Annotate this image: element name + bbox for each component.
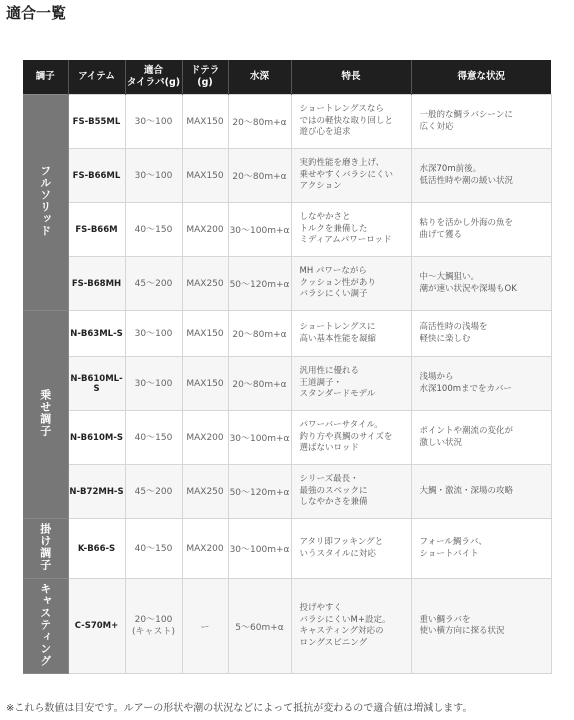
item-cell: C-S70M+ <box>68 579 125 674</box>
dotera-cell: MAX200 <box>182 203 228 257</box>
depth-cell: 20〜80m+α <box>228 357 291 411</box>
table-row: 掛け調子 K-B66-S 40〜150 MAX200 30〜100m+α アタリ… <box>23 519 551 579</box>
feature-cell: ショートレングスに 高い基本性能を凝縮 <box>291 311 411 357</box>
depth-cell: 20〜80m+α <box>228 149 291 203</box>
situation-cell: フォール鯛ラバ、 ショートバイト <box>411 519 551 579</box>
page-title: 適合一覧 <box>6 2 66 23</box>
jig-cell: 40〜150 <box>125 411 182 465</box>
feature-cell: MH パワーながら クッション性があり バラシにくい調子 <box>291 257 411 311</box>
table-row: 乗せ調子 N-B63ML-S 30〜100 MAX150 20〜80m+α ショ… <box>23 311 551 357</box>
header-depth: 水深 <box>228 60 291 95</box>
item-cell: N-B72MH-S <box>68 465 125 519</box>
header-jig-weight: 適合 タイラバ(g) <box>125 60 182 95</box>
depth-cell: 5〜60m+α <box>228 579 291 674</box>
item-cell: N-B610M-S <box>68 411 125 465</box>
table-row: N-B72MH-S 45〜200 MAX250 50〜120m+α シリーズ最長… <box>23 465 551 519</box>
dotera-cell: MAX250 <box>182 257 228 311</box>
item-cell: FS-B66M <box>68 203 125 257</box>
footnote: ※これら数値は目安です。ルアーの形状や潮の状況などによって抵抗が変わるので適合値… <box>6 699 472 714</box>
table-row: N-B610ML-S 30〜100 MAX150 20〜80m+α 汎用性に優れ… <box>23 357 551 411</box>
situation-cell: 粘りを活かし外海の魚を 曲げて獲る <box>411 203 551 257</box>
header-action: 調子 <box>23 60 68 95</box>
dotera-cell: ー <box>182 579 228 674</box>
depth-cell: 30〜100m+α <box>228 519 291 579</box>
item-cell: N-B610ML-S <box>68 357 125 411</box>
jig-cell: 30〜100 <box>125 311 182 357</box>
situation-cell: 水深70m前後。 低活性時や潮の緩い状況 <box>411 149 551 203</box>
dotera-cell: MAX200 <box>182 519 228 579</box>
jig-cell: 30〜100 <box>125 357 182 411</box>
situation-cell: 浅場から 水深100mまでをカバー <box>411 357 551 411</box>
depth-cell: 30〜100m+α <box>228 411 291 465</box>
feature-cell: ショートレングスなら ではの軽快な取り回しと 遊び心を追求 <box>291 95 411 149</box>
table-row: キャスティング C-S70M+ 20〜100 (キャスト) ー 5〜60m+α … <box>23 579 551 674</box>
dotera-cell: MAX250 <box>182 465 228 519</box>
category-kake: 掛け調子 <box>23 519 68 579</box>
jig-cell: 30〜100 <box>125 149 182 203</box>
compatibility-table: 調子 アイテム 適合 タイラバ(g) ドテラ (g) 水深 特長 得意な状況 フ… <box>23 60 552 674</box>
situation-cell: 一般的な鯛ラバシーンに 広く対応 <box>411 95 551 149</box>
depth-cell: 20〜80m+α <box>228 311 291 357</box>
item-cell: N-B63ML-S <box>68 311 125 357</box>
situation-cell: 重い鯛ラバを 使い横方向に探る状況 <box>411 579 551 674</box>
depth-cell: 20〜80m+α <box>228 95 291 149</box>
depth-cell: 30〜100m+α <box>228 203 291 257</box>
table-row: FS-B66M 40〜150 MAX200 30〜100m+α しなやかさと ト… <box>23 203 551 257</box>
depth-cell: 50〜120m+α <box>228 257 291 311</box>
feature-cell: 汎用性に優れる 王道調子・ スタンダードモデル <box>291 357 411 411</box>
header-feature: 特長 <box>291 60 411 95</box>
category-full-solid: フルソリッド <box>23 95 68 311</box>
feature-cell: パワーバーサタイル。 釣り方や真鯛のサイズを 選ばないロッド <box>291 411 411 465</box>
situation-cell: 大鯛・激流・深場の攻略 <box>411 465 551 519</box>
table-row: FS-B66ML 30〜100 MAX150 20〜80m+α 実釣性能を磨き上… <box>23 149 551 203</box>
jig-cell: 45〜200 <box>125 465 182 519</box>
dotera-cell: MAX150 <box>182 95 228 149</box>
jig-cell: 40〜150 <box>125 519 182 579</box>
situation-cell: ポイントや潮流の変化が 激しい状況 <box>411 411 551 465</box>
item-cell: FS-B55ML <box>68 95 125 149</box>
table-header-row: 調子 アイテム 適合 タイラバ(g) ドテラ (g) 水深 特長 得意な状況 <box>23 60 551 95</box>
table-row: フルソリッド FS-B55ML 30〜100 MAX150 20〜80m+α シ… <box>23 95 551 149</box>
item-cell: FS-B66ML <box>68 149 125 203</box>
dotera-cell: MAX200 <box>182 411 228 465</box>
feature-cell: しなやかさと トルクを兼備した ミディアムパワーロッド <box>291 203 411 257</box>
situation-cell: 高活性時の浅場を 軽快に楽しむ <box>411 311 551 357</box>
jig-cell: 40〜150 <box>125 203 182 257</box>
item-cell: FS-B68MH <box>68 257 125 311</box>
feature-cell: 投げやすく バラシにくいM+設定。 キャスティング対応の ロングスピニング <box>291 579 411 674</box>
header-dotera: ドテラ (g) <box>182 60 228 95</box>
category-casting: キャスティング <box>23 579 68 674</box>
jig-cell: 30〜100 <box>125 95 182 149</box>
feature-cell: 実釣性能を磨き上げ、 乗せやすくバラシにくい アクション <box>291 149 411 203</box>
item-cell: K-B66-S <box>68 519 125 579</box>
dotera-cell: MAX150 <box>182 311 228 357</box>
depth-cell: 50〜120m+α <box>228 465 291 519</box>
table-row: FS-B68MH 45〜200 MAX250 50〜120m+α MH パワーな… <box>23 257 551 311</box>
header-situation: 得意な状況 <box>411 60 551 95</box>
category-nose: 乗せ調子 <box>23 311 68 519</box>
jig-cell: 45〜200 <box>125 257 182 311</box>
table-row: N-B610M-S 40〜150 MAX200 30〜100m+α パワーバーサ… <box>23 411 551 465</box>
situation-cell: 中〜大鯛狙い。 潮が速い状況や深場もOK <box>411 257 551 311</box>
jig-cell: 20〜100 (キャスト) <box>125 579 182 674</box>
dotera-cell: MAX150 <box>182 149 228 203</box>
dotera-cell: MAX150 <box>182 357 228 411</box>
feature-cell: アタリ即フッキングと いうスタイルに対応 <box>291 519 411 579</box>
header-item: アイテム <box>68 60 125 95</box>
feature-cell: シリーズ最長・ 最強のスペックに しなやかさを兼備 <box>291 465 411 519</box>
